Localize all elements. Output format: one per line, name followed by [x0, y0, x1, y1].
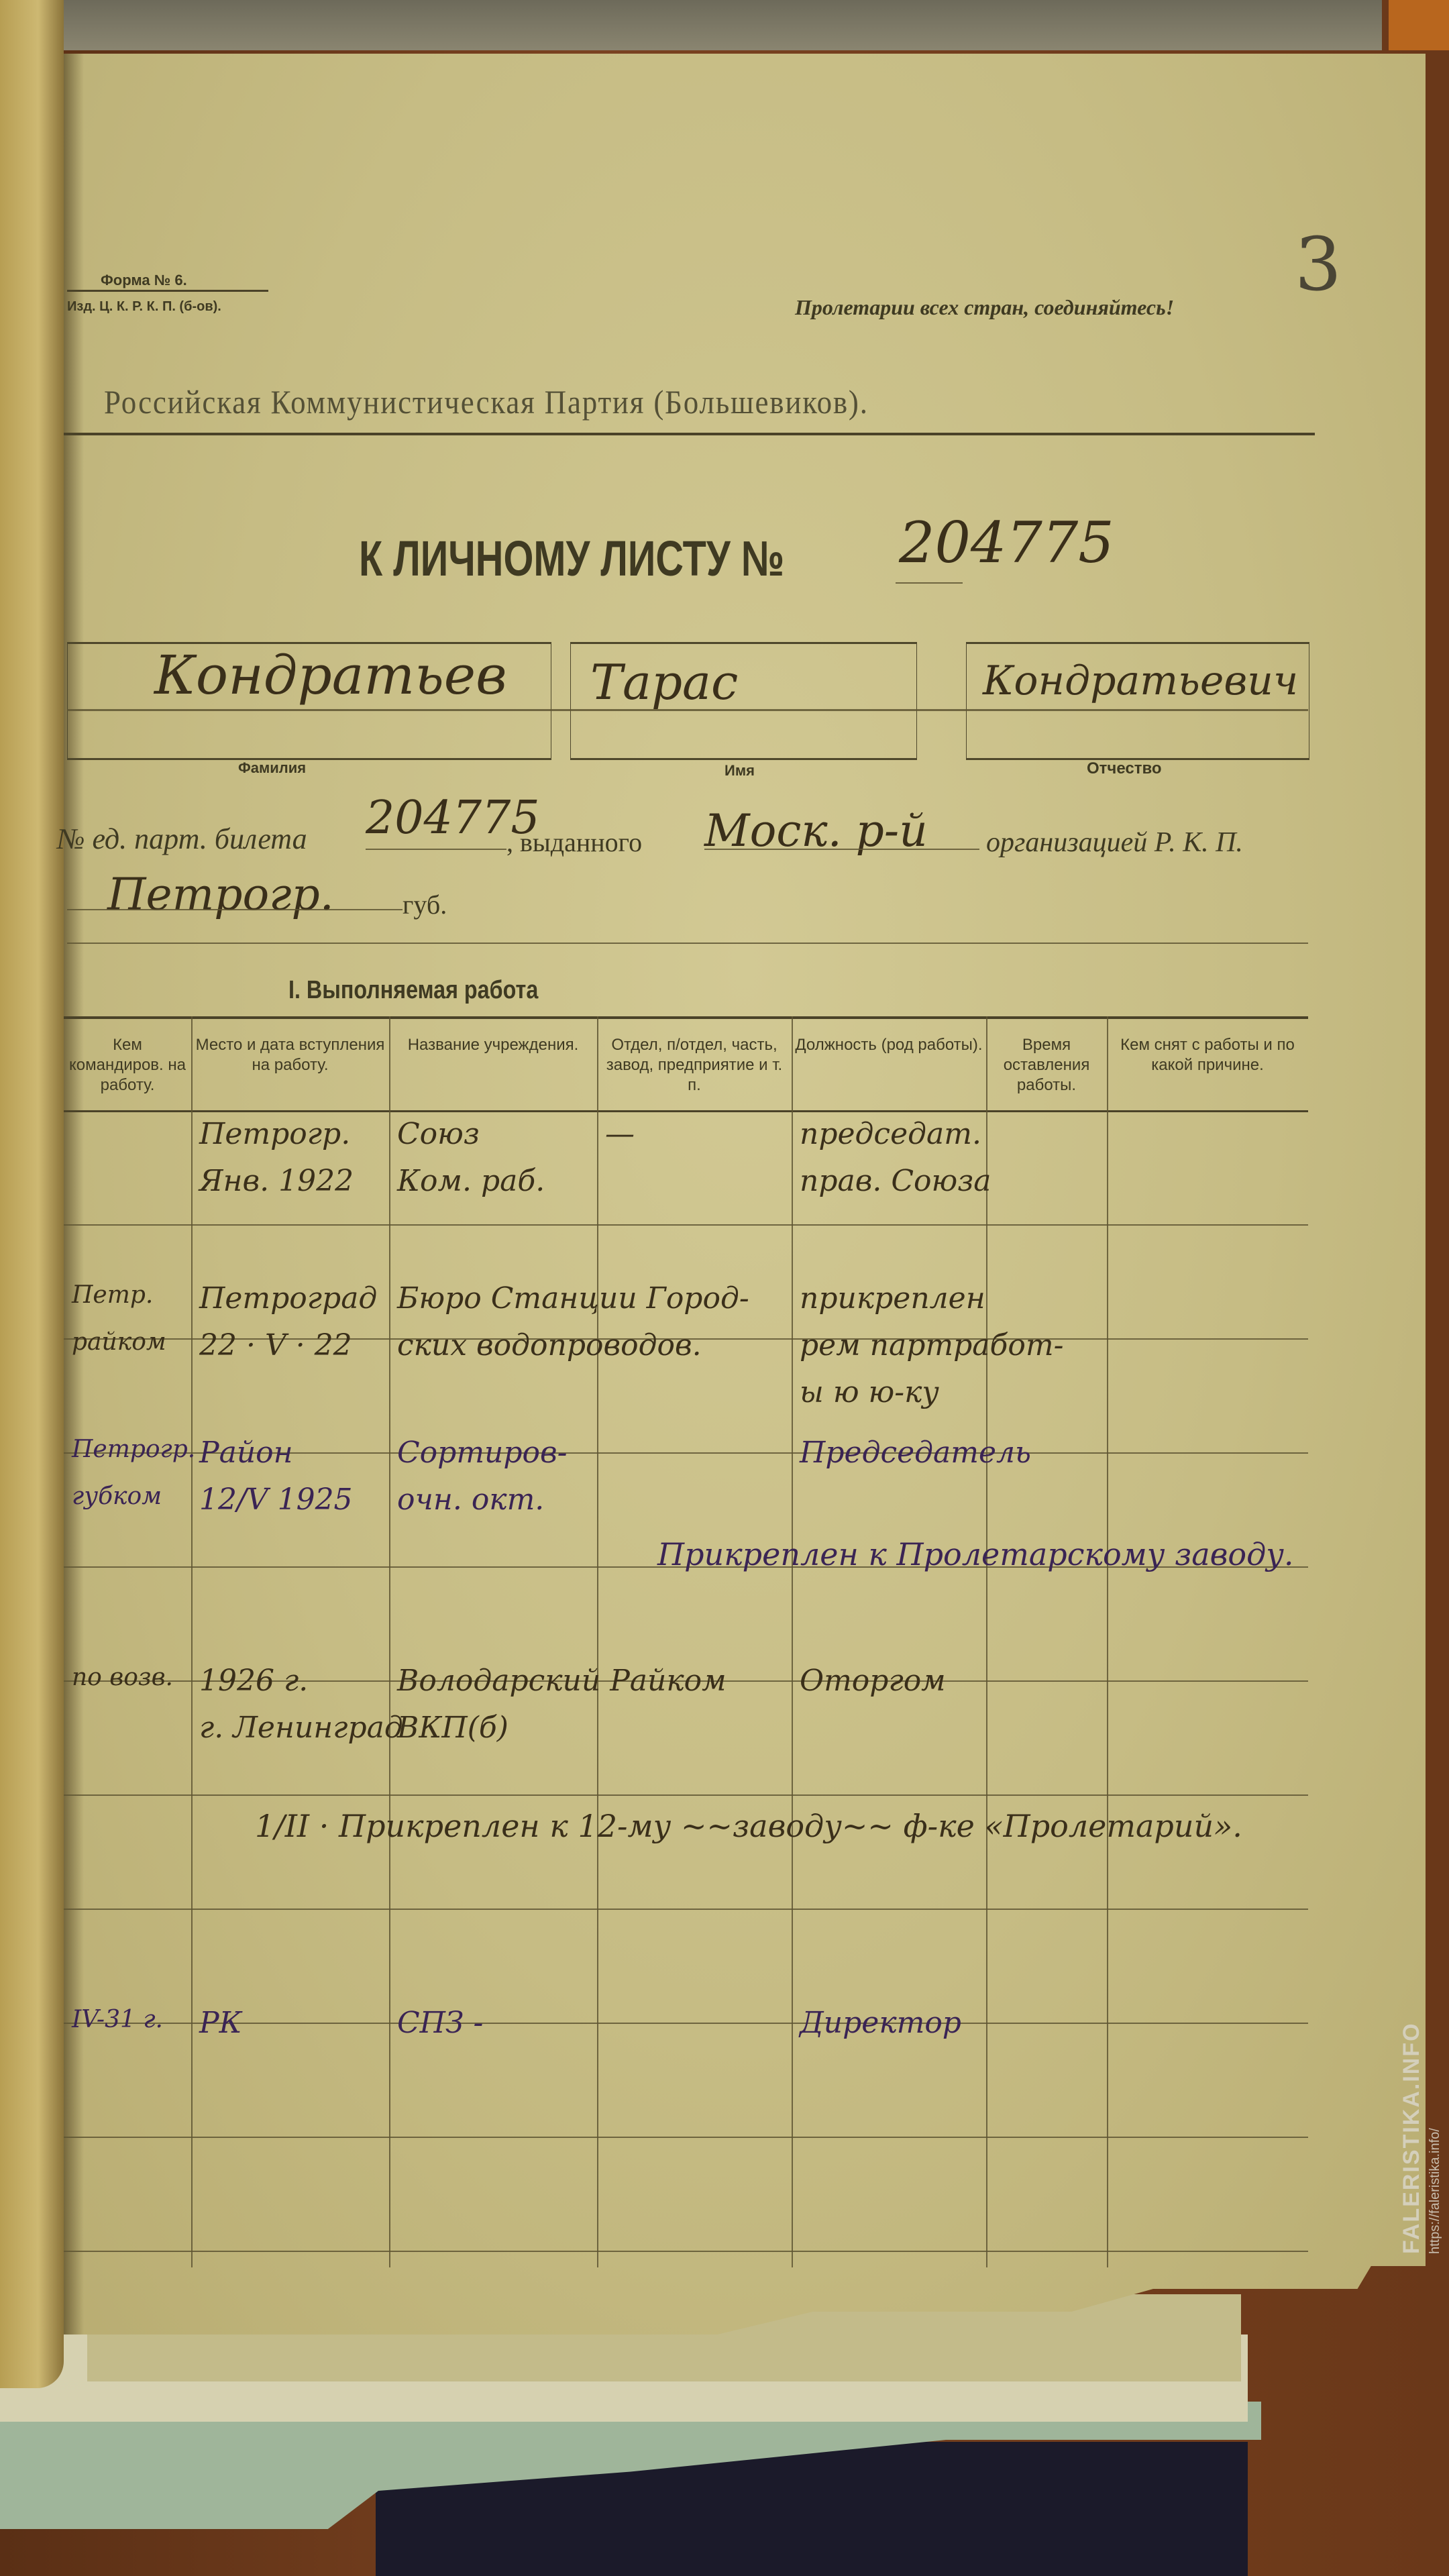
table-top-rule — [64, 1016, 1308, 1019]
card-prefix: № ед. парт. билета — [57, 822, 307, 856]
watermark-url: https://faleristika.info/ — [1428, 2022, 1443, 2254]
entry-institution: ВКП(б) — [397, 1711, 508, 1745]
table-column-divider — [792, 1016, 793, 2267]
entry-institution: Ком. раб. — [397, 1164, 545, 1198]
entry-position: председат. — [800, 1117, 981, 1151]
entry-place-date: Петрогр. — [199, 1117, 350, 1151]
entry-assigned-by: губком — [72, 1483, 162, 1510]
entry-assigned-by: райком — [72, 1328, 166, 1356]
column-header: Должность (род работы). — [794, 1035, 983, 1055]
name-label: Имя — [724, 762, 755, 780]
table-column-divider — [191, 1016, 193, 2267]
entry-position: Оторгом — [800, 1664, 946, 1698]
entry-place-date: 1926 г. — [199, 1664, 308, 1698]
table-column-divider — [1107, 1016, 1108, 2267]
province-suffix: губ. — [402, 889, 447, 920]
entry-institution: очн. окт. — [397, 1483, 544, 1517]
entry-position: Председатель — [800, 1436, 1031, 1470]
table-column-divider — [389, 1016, 390, 2267]
watermark: FALERISTIKA.INFO https://faleristika.inf… — [1399, 2022, 1443, 2254]
entry-institution: СПЗ - — [397, 2006, 483, 2040]
entry-assigned-by: по возв. — [72, 1664, 173, 1691]
column-header: Кем командиров. на работу. — [66, 1035, 189, 1095]
entry-assigned-by: Петр. — [72, 1281, 153, 1309]
entry-note: 1/II · Прикреплен к 12-му ~~заводу~~ ф-к… — [255, 1808, 1242, 1844]
entry-position: прав. Союза — [800, 1164, 991, 1198]
entry-institution: Володарский Райком — [397, 1664, 727, 1698]
form-number-rule — [67, 290, 268, 292]
surname-value: Кондратьев — [154, 644, 507, 706]
issued-label: , выданного — [506, 826, 642, 858]
entry-institution: Бюро Станции Город- — [397, 1281, 749, 1316]
entry-place-date: г. Ленинград — [199, 1711, 403, 1745]
section-title: I. Выполняемая работа — [288, 976, 538, 1005]
column-header: Место и дата вступления на работу. — [194, 1035, 386, 1075]
watermark-site: FALERISTIKA.INFO — [1399, 2022, 1425, 2254]
surname-label: Фамилия — [238, 759, 306, 777]
table-column-divider — [597, 1016, 598, 2267]
card-number-rule — [366, 849, 506, 850]
entry-place-date: Район — [199, 1436, 293, 1470]
entry-assigned-by: Петрогр. — [72, 1436, 195, 1463]
entry-institution: Сортиров- — [397, 1436, 568, 1470]
slogan: Пролетарии всех стран, соединяйтесь! — [795, 295, 1174, 320]
column-header: Время оставления работы. — [989, 1035, 1104, 1095]
entry-place-date: 22 · V · 22 — [199, 1328, 352, 1362]
entry-position: Директор — [800, 2006, 961, 2040]
patronymic-value: Кондратьевич — [983, 657, 1298, 704]
entry-institution: Союз — [397, 1117, 480, 1151]
entry-note: Прикреплен к Пролетарскому заводу. — [657, 1536, 1294, 1572]
card-section-rule — [67, 943, 1308, 944]
table-row-rule — [64, 2023, 1308, 2024]
entry-position: прикреплен — [800, 1281, 985, 1316]
column-header: Название учреждения. — [392, 1035, 594, 1055]
page-title: К ЛИЧНОМУ ЛИСТУ № — [359, 530, 784, 587]
patronymic-label: Отчество — [1087, 759, 1162, 778]
entry-position: ы ю ю-ку — [800, 1375, 939, 1409]
table-header-rule — [64, 1110, 1308, 1112]
form-number: Форма № 6. — [101, 272, 187, 289]
party-name: Российская Коммунистическая Партия (Боль… — [104, 382, 869, 421]
table-row-rule — [64, 2251, 1308, 2252]
entry-institution: ских водопроводов. — [397, 1328, 702, 1362]
entry-place-date: РК — [199, 2006, 242, 2040]
province-rule — [67, 909, 402, 910]
entry-place-date: Петроград — [199, 1281, 377, 1316]
party-name-rule — [64, 433, 1315, 435]
table-row-rule — [64, 1224, 1308, 1226]
form-issuer: Изд. Ц. К. Р. К. П. (б-ов). — [67, 299, 221, 315]
entry-department: — — [605, 1117, 635, 1151]
org-label: организацией Р. К. П. — [986, 826, 1243, 859]
province-value: Петрогр. — [107, 869, 334, 920]
entry-place-date: Янв. 1922 — [199, 1164, 354, 1198]
title-number: 204775 — [899, 510, 1114, 576]
table-column-divider — [986, 1016, 987, 2267]
top-paper-edge — [60, 0, 1382, 50]
name-value: Тарас — [590, 654, 738, 710]
sheet-number-pencil: 3 — [1295, 221, 1342, 307]
table-row-rule — [64, 1794, 1308, 1796]
orange-folder-edge — [1389, 0, 1449, 50]
column-header: Отдел, п/отдел, часть, завод, предприяти… — [600, 1035, 789, 1095]
title-number-rule — [896, 582, 963, 584]
table-row-rule — [64, 1909, 1308, 1910]
column-header: Кем снят с работы и по какой причине. — [1110, 1035, 1305, 1075]
entry-assigned-by: IV-31 г. — [72, 2006, 163, 2033]
entry-place-date: 12/V 1925 — [199, 1483, 353, 1517]
entry-position: рем партработ- — [800, 1328, 1063, 1362]
folder-cover-left — [0, 0, 64, 2388]
table-row-rule — [64, 2137, 1308, 2138]
issued-by-rule — [704, 849, 979, 850]
page-shadow — [64, 54, 84, 2334]
